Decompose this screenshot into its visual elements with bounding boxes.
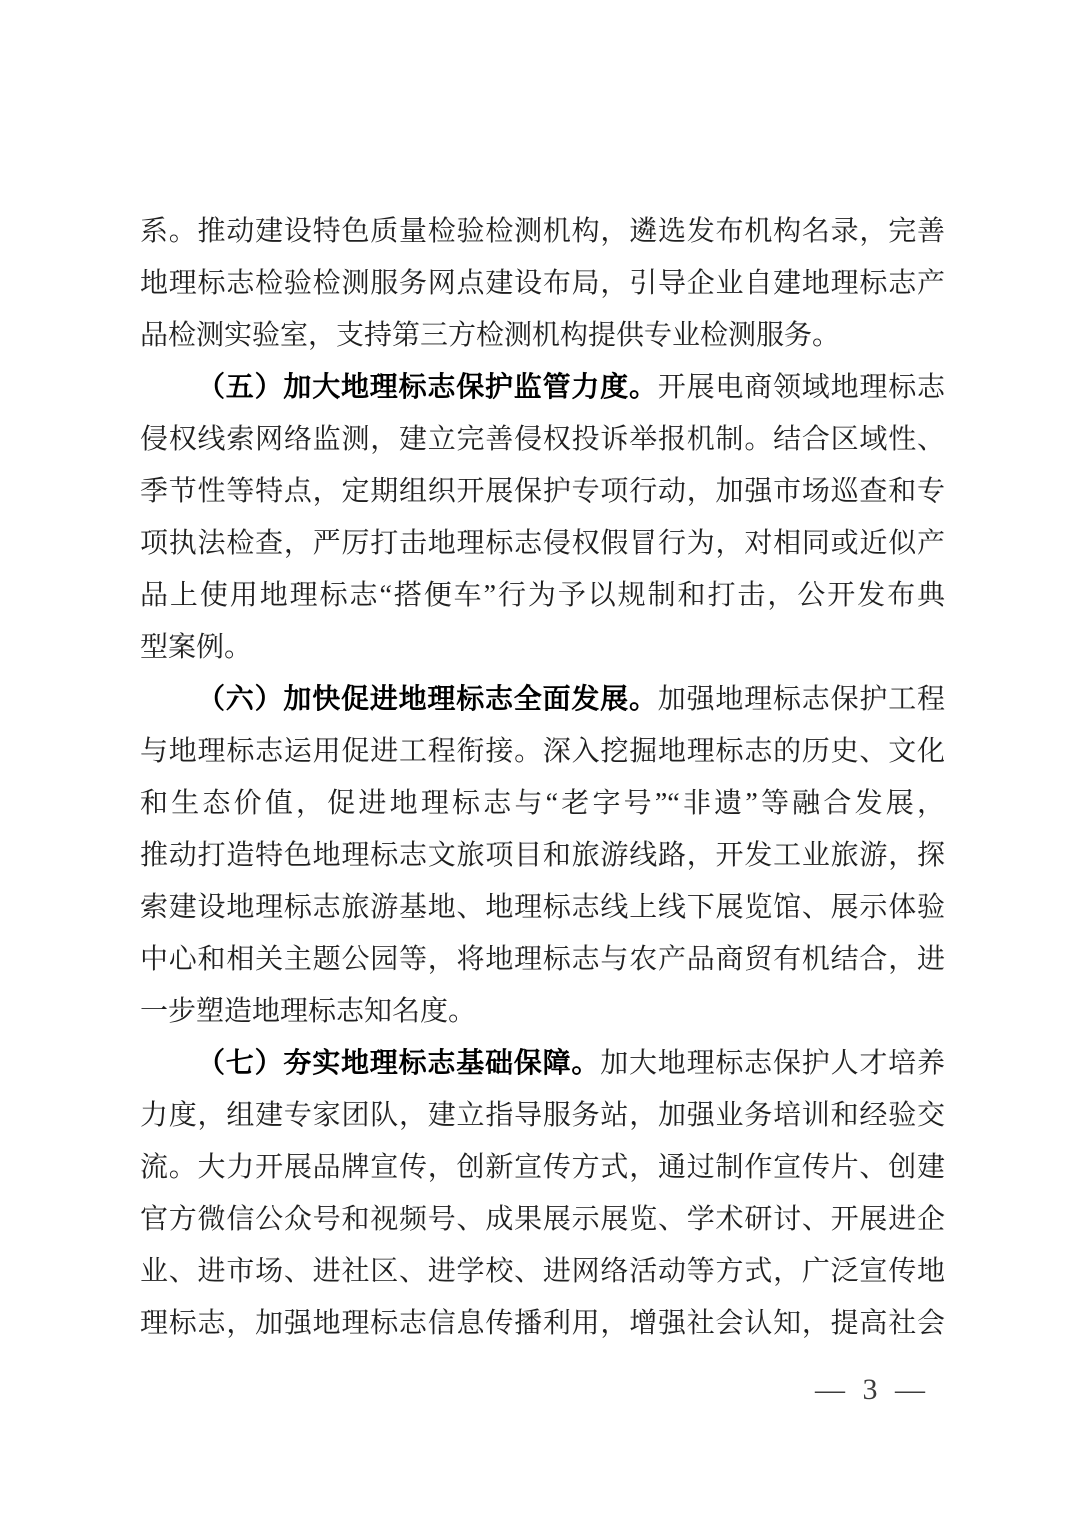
body-text: 品上使用地理标志“搭便车”行为予以规制和打击，公开发布典 bbox=[140, 580, 945, 611]
text-line: 业、进市场、进社区、进学校、进网络活动等方式，广泛宣传地 bbox=[140, 1246, 945, 1298]
text-line: 地理标志检验检测服务网点建设布局，引导企业自建地理标志产 bbox=[140, 258, 945, 310]
document-body: 系。推动建设特色质量检验检测机构，遴选发布机构名录，完善 地理标志检验检测服务网… bbox=[140, 206, 945, 1350]
body-text: 项执法检查，严厉打击地理标志侵权假冒行为，对相同或近似产 bbox=[140, 528, 945, 559]
text-line: 系。推动建设特色质量检验检测机构，遴选发布机构名录，完善 bbox=[140, 206, 945, 258]
body-text: 侵权线索网络监测，建立完善侵权投诉举报机制。结合区域性、 bbox=[140, 424, 945, 455]
body-text: 流。大力开展品牌宣传，创新宣传方式，通过制作宣传片、创建 bbox=[140, 1152, 945, 1183]
text-line: 力度，组建专家团队，建立指导服务站，加强业务培训和经验交 bbox=[140, 1090, 945, 1142]
body-text: 索建设地理标志旅游基地、地理标志线上线下展览馆、展示体验 bbox=[140, 892, 945, 923]
body-text: 加大地理标志保护人才培养 bbox=[600, 1048, 945, 1079]
body-text: 中心和相关主题公园等，将地理标志与农产品商贸有机结合，进 bbox=[140, 944, 945, 975]
text-line: （七）夯实地理标志基础保障。加大地理标志保护人才培养 bbox=[140, 1038, 945, 1090]
text-line: （六）加快促进地理标志全面发展。加强地理标志保护工程 bbox=[140, 674, 945, 726]
body-text: 和生态价值，促进地理标志与“老字号”“非遗”等融合发展， bbox=[140, 788, 945, 819]
body-text: 加强地理标志保护工程 bbox=[658, 684, 945, 715]
text-line: 侵权线索网络监测，建立完善侵权投诉举报机制。结合区域性、 bbox=[140, 414, 945, 466]
body-text: 地理标志检验检测服务网点建设布局，引导企业自建地理标志产 bbox=[140, 268, 945, 299]
page-number: — 3 — bbox=[815, 1372, 930, 1408]
body-text: 与地理标志运用促进工程衔接。深入挖掘地理标志的历史、文化 bbox=[140, 736, 945, 767]
body-text: 季节性等特点，定期组织开展保护专项行动，加强市场巡查和专 bbox=[140, 476, 945, 507]
text-line: （五）加大地理标志保护监管力度。开展电商领域地理标志 bbox=[140, 362, 945, 414]
body-text: 开展电商领域地理标志 bbox=[658, 372, 945, 403]
text-line: 品检测实验室，支持第三方检测机构提供专业检测服务。 bbox=[140, 310, 945, 362]
body-text: 力度，组建专家团队，建立指导服务站，加强业务培训和经验交 bbox=[140, 1100, 945, 1131]
text-line: 官方微信公众号和视频号、成果展示展览、学术研讨、开展进企 bbox=[140, 1194, 945, 1246]
document-page: 系。推动建设特色质量检验检测机构，遴选发布机构名录，完善 地理标志检验检测服务网… bbox=[0, 0, 1080, 1527]
body-text: 官方微信公众号和视频号、成果展示展览、学术研讨、开展进企 bbox=[140, 1204, 945, 1235]
body-text: 系。推动建设特色质量检验检测机构，遴选发布机构名录，完善 bbox=[140, 216, 945, 247]
body-text: 型案例。 bbox=[140, 632, 252, 663]
body-text: 理标志，加强地理标志信息传播利用，增强社会认知，提高社会 bbox=[140, 1308, 945, 1339]
text-line: 推动打造特色地理标志文旅项目和旅游线路，开发工业旅游，探 bbox=[140, 830, 945, 882]
section-heading-5: （五）加大地理标志保护监管力度。 bbox=[197, 372, 658, 403]
section-heading-6: （六）加快促进地理标志全面发展。 bbox=[197, 684, 658, 715]
body-text: 品检测实验室，支持第三方检测机构提供专业检测服务。 bbox=[140, 320, 840, 351]
text-line: 流。大力开展品牌宣传，创新宣传方式，通过制作宣传片、创建 bbox=[140, 1142, 945, 1194]
text-line: 和生态价值，促进地理标志与“老字号”“非遗”等融合发展， bbox=[140, 778, 945, 830]
body-text: 业、进市场、进社区、进学校、进网络活动等方式，广泛宣传地 bbox=[140, 1256, 945, 1287]
text-line: 型案例。 bbox=[140, 622, 945, 674]
body-text: 一步塑造地理标志知名度。 bbox=[140, 996, 476, 1027]
text-line: 索建设地理标志旅游基地、地理标志线上线下展览馆、展示体验 bbox=[140, 882, 945, 934]
text-line: 项执法检查，严厉打击地理标志侵权假冒行为，对相同或近似产 bbox=[140, 518, 945, 570]
text-line: 中心和相关主题公园等，将地理标志与农产品商贸有机结合，进 bbox=[140, 934, 945, 986]
body-text: 推动打造特色地理标志文旅项目和旅游线路，开发工业旅游，探 bbox=[140, 840, 945, 871]
text-line: 理标志，加强地理标志信息传播利用，增强社会认知，提高社会 bbox=[140, 1298, 945, 1350]
text-line: 品上使用地理标志“搭便车”行为予以规制和打击，公开发布典 bbox=[140, 570, 945, 622]
text-line: 季节性等特点，定期组织开展保护专项行动，加强市场巡查和专 bbox=[140, 466, 945, 518]
text-line: 与地理标志运用促进工程衔接。深入挖掘地理标志的历史、文化 bbox=[140, 726, 945, 778]
text-line: 一步塑造地理标志知名度。 bbox=[140, 986, 945, 1038]
section-heading-7: （七）夯实地理标志基础保障。 bbox=[197, 1048, 600, 1079]
